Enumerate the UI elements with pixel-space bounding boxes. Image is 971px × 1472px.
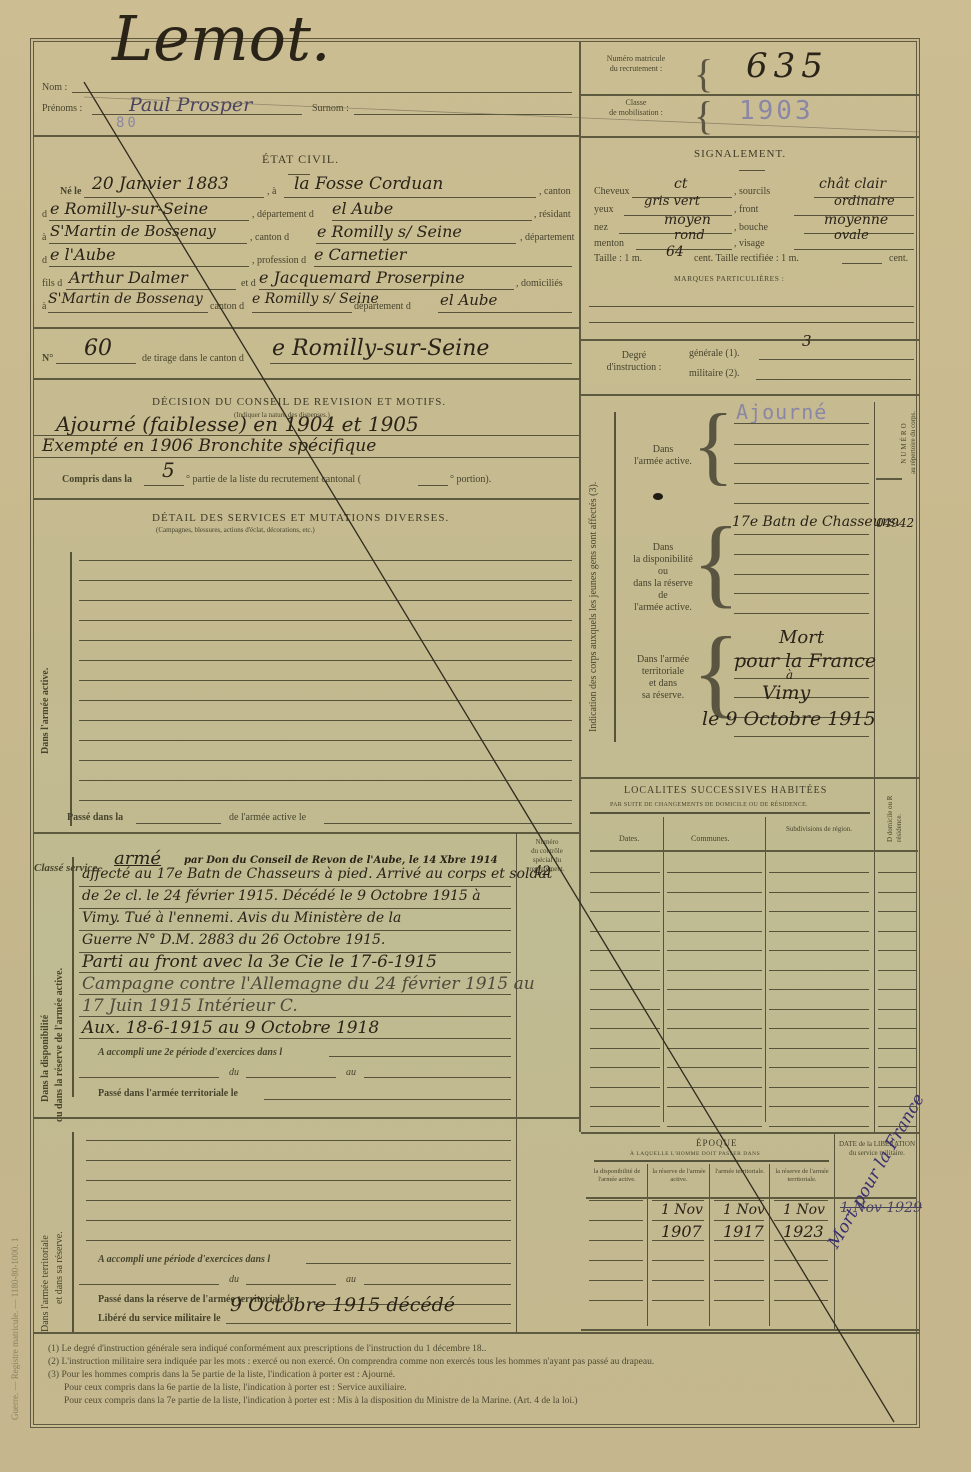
- margin-print: Guerre. — Registre matricule. — 1180-80-…: [10, 1238, 20, 1420]
- diagonal-strike-line: [34, 42, 920, 1426]
- register-form: Lemot. Nom : Prénoms : Paul Prosper Surn…: [30, 38, 920, 1428]
- document-page: Guerre. — Registre matricule. — 1180-80-…: [0, 0, 971, 1472]
